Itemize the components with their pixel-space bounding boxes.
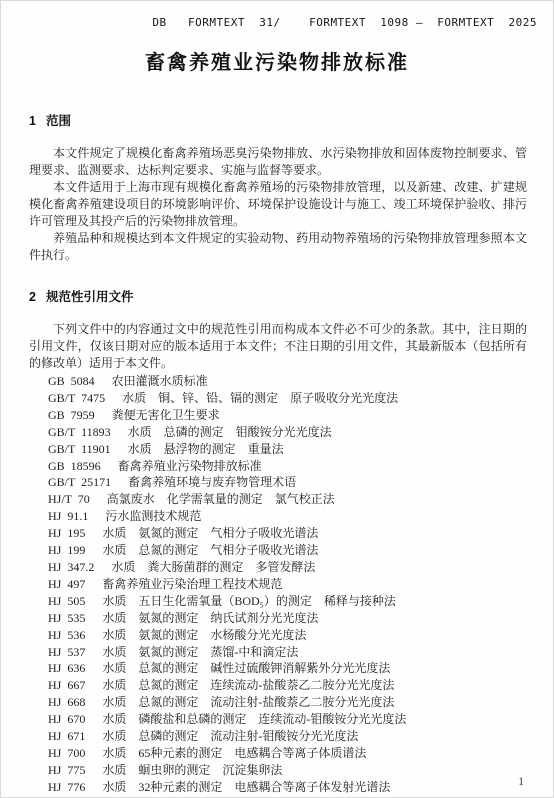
reference-code: HJ/T 70 xyxy=(48,492,90,506)
section-2-number: 2 xyxy=(29,290,36,304)
reference-item: HJ 535 水质 氨氮的测定 纳氏试剂分光光度法 xyxy=(48,610,553,627)
reference-code: HJ 347.2 xyxy=(48,560,94,574)
reference-code: HJ 671 xyxy=(48,729,85,743)
reference-code: HJ 636 xyxy=(48,661,85,675)
reference-code: HJ 668 xyxy=(48,695,85,709)
reference-title: 水质 五日生化需氧量（BOD₅）的测定 稀释与接种法 xyxy=(102,594,396,608)
reference-item: HJ 497 畜禽养殖业污染治理工程技术规范 xyxy=(48,576,553,593)
reference-code: GB/T 11901 xyxy=(48,442,111,456)
reference-title: 污水监测技术规范 xyxy=(105,509,201,523)
reference-code: GB/T 11893 xyxy=(48,425,111,439)
reference-list: GB 5084 农田灌溉水质标准 GB/T 7475 水质 铜、锌、铅、镉的测定… xyxy=(1,373,553,796)
scope-body: 本文件规定了规模化畜禽养殖场恶臭污染物排放、水污染物排放和固体废物控制要求、管理… xyxy=(29,145,527,264)
reference-item: HJ 537 水质 氨氮的测定 蒸馏-中和滴定法 xyxy=(48,644,553,661)
reference-code: HJ 535 xyxy=(48,611,85,625)
reference-code: HJ 776 xyxy=(48,780,85,794)
reference-title: 水质 氨氮的测定 水杨酸分光光度法 xyxy=(102,628,306,642)
reference-title: 水质 氨氮的测定 纳氏试剂分光光度法 xyxy=(102,611,318,625)
reference-code: HJ 199 xyxy=(48,543,85,557)
reference-title: 水质 32种元素的测定 电感耦合等离子体发射光谱法 xyxy=(102,780,390,794)
reference-item: HJ 700 水质 65种元素的测定 电感耦合等离子体质谱法 xyxy=(48,745,553,762)
reference-code: HJ 91.1 xyxy=(48,509,88,523)
reference-code: HJ 505 xyxy=(48,594,85,608)
reference-item: GB/T 25171 畜禽养殖环境与废弃物管理术语 xyxy=(48,474,553,491)
reference-code: GB/T 25171 xyxy=(48,475,111,489)
reference-code: HJ 536 xyxy=(48,628,85,642)
reference-item: HJ 775 水质 蛔虫卵的测定 沉淀集卵法 xyxy=(48,762,553,779)
reference-title: 水质 悬浮物的测定 重量法 xyxy=(128,442,284,456)
reference-title: 水质 总氮的测定 气相分子吸收光谱法 xyxy=(102,543,318,557)
document-title: 畜禽养殖业污染物排放标准 xyxy=(1,46,553,75)
document-code-header: DB FORMTEXT 31/ FORMTEXT 1098 — FORMTEXT… xyxy=(1,1,553,29)
references-body: 下列文件中的内容通过文中的规范性引用而构成本文件必不可少的条款。其中，注日期的引… xyxy=(29,321,527,372)
reference-title: 水质 65种元素的测定 电感耦合等离子体质谱法 xyxy=(102,746,366,760)
document-page: DB FORMTEXT 31/ FORMTEXT 1098 — FORMTEXT… xyxy=(0,0,554,798)
reference-item: HJ 536 水质 氨氮的测定 水杨酸分光光度法 xyxy=(48,627,553,644)
reference-item: HJ 199 水质 总氮的测定 气相分子吸收光谱法 xyxy=(48,542,553,559)
reference-item: GB 7959 粪便无害化卫生要求 xyxy=(48,407,553,424)
scope-paragraph-1: 本文件规定了规模化畜禽养殖场恶臭污染物排放、水污染物排放和固体废物控制要求、管理… xyxy=(29,145,527,179)
reference-title: 水质 总磷的测定 钼酸铵分光光度法 xyxy=(128,425,332,439)
reference-item: HJ 670 水质 磷酸盐和总磷的测定 连续流动-钼酸铵分光光度法 xyxy=(48,711,553,728)
reference-title: 水质 粪大肠菌群的测定 多管发酵法 xyxy=(111,560,315,574)
reference-title: 水质 磷酸盐和总磷的测定 连续流动-钼酸铵分光光度法 xyxy=(102,712,406,726)
reference-code: HJ 537 xyxy=(48,645,85,659)
section-2-heading: 2规范性引用文件 xyxy=(29,287,553,305)
reference-item: GB/T 11901 水质 悬浮物的测定 重量法 xyxy=(48,441,553,458)
reference-code: HJ 700 xyxy=(48,746,85,760)
reference-code: HJ 775 xyxy=(48,763,85,777)
reference-title: 农田灌溉水质标准 xyxy=(112,374,208,388)
reference-title: 水质 总氮的测定 碱性过硫酸钾消解紫外分光光度法 xyxy=(102,661,390,675)
reference-item: GB 5084 农田灌溉水质标准 xyxy=(48,373,553,390)
reference-code: HJ 670 xyxy=(48,712,85,726)
reference-title: 粪便无害化卫生要求 xyxy=(112,408,220,422)
section-1-label: 范围 xyxy=(46,114,71,128)
reference-title: 水质 总氮的测定 连续流动-盐酸萘乙二胺分光光度法 xyxy=(102,678,394,692)
reference-title: 水质 蛔虫卵的测定 沉淀集卵法 xyxy=(102,763,282,777)
reference-title: 水质 总磷的测定 流动注射-钼酸铵分光光度法 xyxy=(102,729,358,743)
reference-item: HJ 505 水质 五日生化需氧量（BOD₅）的测定 稀释与接种法 xyxy=(48,593,553,610)
reference-title: 水质 氨氮的测定 蒸馏-中和滴定法 xyxy=(102,645,298,659)
reference-title: 水质 氨氮的测定 气相分子吸收光谱法 xyxy=(102,526,318,540)
reference-item: HJ 776 水质 32种元素的测定 电感耦合等离子体发射光谱法 xyxy=(48,779,553,796)
reference-title: 畜禽养殖业污染物排放标准 xyxy=(118,459,262,473)
reference-title: 高氯废水 化学需氧量的测定 氯气校正法 xyxy=(107,492,335,506)
reference-title: 畜禽养殖环境与废弃物管理术语 xyxy=(128,475,296,489)
reference-item: HJ 91.1 污水监测技术规范 xyxy=(48,508,553,525)
reference-code: GB 18596 xyxy=(48,459,101,473)
reference-item: HJ/T 70 高氯废水 化学需氧量的测定 氯气校正法 xyxy=(48,491,553,508)
scope-paragraph-3: 养殖品种和规模达到本文件规定的实验动物、药用动物养殖场的污染物排放管理参照本文件… xyxy=(29,230,527,264)
reference-title: 水质 铜、锌、铅、镉的测定 原子吸收分光光度法 xyxy=(122,391,398,405)
reference-title: 水质 总氮的测定 流动注射-盐酸萘乙二胺分光光度法 xyxy=(102,695,394,709)
section-2-label: 规范性引用文件 xyxy=(46,290,134,304)
reference-code: GB/T 7475 xyxy=(48,391,105,405)
reference-code: GB 5084 xyxy=(48,374,95,388)
reference-item: GB/T 7475 水质 铜、锌、铅、镉的测定 原子吸收分光光度法 xyxy=(48,390,553,407)
reference-code: HJ 667 xyxy=(48,678,85,692)
section-1-heading: 1范围 xyxy=(29,111,553,129)
reference-item: HJ 671 水质 总磷的测定 流动注射-钼酸铵分光光度法 xyxy=(48,728,553,745)
section-1-number: 1 xyxy=(29,114,36,128)
reference-code: HJ 497 xyxy=(48,577,85,591)
references-intro: 下列文件中的内容通过文中的规范性引用而构成本文件必不可少的条款。其中，注日期的引… xyxy=(29,321,527,372)
reference-item: HJ 667 水质 总氮的测定 连续流动-盐酸萘乙二胺分光光度法 xyxy=(48,677,553,694)
reference-item: HJ 668 水质 总氮的测定 流动注射-盐酸萘乙二胺分光光度法 xyxy=(48,694,553,711)
reference-item: GB 18596 畜禽养殖业污染物排放标准 xyxy=(48,458,553,475)
page-number: 1 xyxy=(518,776,524,788)
reference-code: GB 7959 xyxy=(48,408,95,422)
reference-item: HJ 347.2 水质 粪大肠菌群的测定 多管发酵法 xyxy=(48,559,553,576)
reference-item: HJ 636 水质 总氮的测定 碱性过硫酸钾消解紫外分光光度法 xyxy=(48,660,553,677)
reference-item: GB/T 11893 水质 总磷的测定 钼酸铵分光光度法 xyxy=(48,424,553,441)
reference-item: HJ 195 水质 氨氮的测定 气相分子吸收光谱法 xyxy=(48,525,553,542)
reference-code: HJ 195 xyxy=(48,526,85,540)
scope-paragraph-2: 本文件适用于上海市现有规模化畜禽养殖场的污染物排放管理，以及新建、改建、扩建规模… xyxy=(29,179,527,230)
reference-title: 畜禽养殖业污染治理工程技术规范 xyxy=(102,577,282,591)
